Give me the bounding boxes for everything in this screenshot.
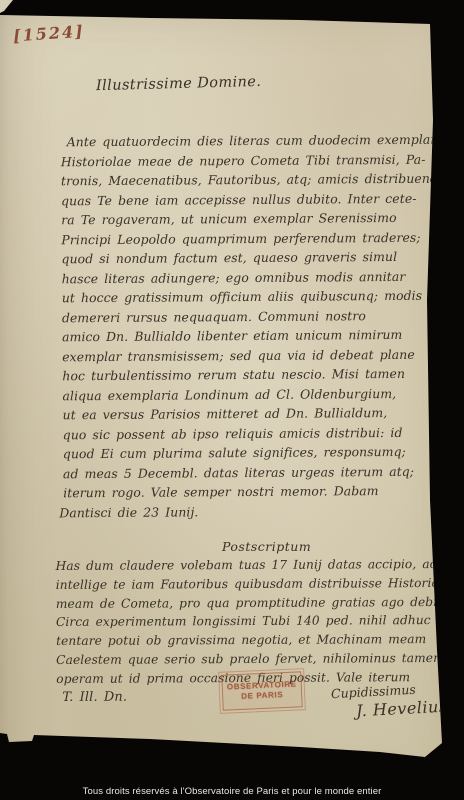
observatory-stamp: OBSERVATOIRE DE PARIS	[221, 671, 302, 710]
salutation: Illustrissime Domine.	[96, 74, 262, 94]
manuscript-line: ut hocce gratissimum officium aliis quib…	[62, 286, 434, 308]
manuscript-line: hoc turbulentissimo rerum statu nescio. …	[62, 364, 434, 386]
manuscript-line: intellige te iam Fautoribus quibusdam di…	[56, 574, 436, 595]
manuscript-line: Principi Leopoldo quamprimum perferendum…	[61, 227, 433, 249]
manuscript-line: quas Te bene iam accepisse nullus dubito…	[61, 188, 433, 210]
copyright-notice: Tous droits réservés à l'Observatoire de…	[0, 786, 464, 797]
manuscript-line: Circa experimentum longissimi Tubi 140 p…	[56, 611, 436, 632]
manuscript-line: Ante quatuordecim dies literas cum duode…	[67, 130, 433, 152]
manuscript-line: ut ea versus Parisios mitteret ad Dn. Bu…	[63, 403, 435, 425]
manuscript-page: [1524] Illustrissime Domine. Ante quatuo…	[0, 0, 464, 800]
manuscript-line: meam de Cometa, pro qua promptitudine gr…	[56, 593, 436, 614]
manuscript-line: aliqua exemplaria Londinum ad Cl. Oldenb…	[62, 383, 434, 405]
manuscript-line: tronis, Maecenatibus, Fautoribus, atq; a…	[61, 169, 433, 191]
footer-bar: Tous droits réservés à l'Observatoire de…	[0, 782, 464, 800]
manuscript-line: quod si nondum factum est, quaeso graver…	[61, 247, 433, 269]
signature: J. Hevelius	[356, 697, 448, 721]
manuscript-line: ra Te rogaveram, ut unicum exemplar Sere…	[61, 208, 433, 230]
manuscript-photo: [1524] Illustrissime Domine. Ante quatuo…	[0, 0, 464, 800]
manuscript-line: Historiolae meae de nupero Cometa Tibi t…	[61, 149, 433, 171]
manuscript-line: Has dum claudere volebam tuas 17 Iunij d…	[56, 555, 436, 576]
postscript-title: Postscriptum	[222, 539, 311, 554]
manuscript-line: Dantisci die 23 Iunij.	[59, 500, 435, 522]
manuscript-line: exemplar transmisissem; sed qua via id d…	[62, 344, 434, 366]
archive-number: [1524]	[12, 22, 85, 46]
manuscript-line: quod Ei cum plurima salute significes, r…	[63, 442, 435, 464]
manuscript-line: hasce literas adiungere; ego omnibus mod…	[62, 266, 434, 288]
manuscript-line: iterum rogo. Vale semper nostri memor. D…	[63, 481, 435, 503]
manuscript-line: Caelestem quae serio sub praelo fervet, …	[56, 649, 436, 670]
manuscript-line: ad meas 5 Decembl. datas literas urgeas …	[63, 461, 435, 483]
manuscript-line: demereri rursus nequaquam. Communi nostr…	[62, 305, 434, 327]
manuscript-line: amico Dn. Bullialdo libenter etiam unicu…	[62, 325, 434, 347]
letter-body: Ante quatuordecim dies literas cum duode…	[61, 130, 436, 523]
stamp-line-2: DE PARIS	[241, 690, 283, 702]
paper-corner-fragment	[0, 0, 14, 13]
manuscript-line: tentare potui ob gravissima negotia, et …	[56, 630, 436, 651]
manuscript-line: quo sic possent ab ipso reliquis amicis …	[63, 422, 435, 444]
